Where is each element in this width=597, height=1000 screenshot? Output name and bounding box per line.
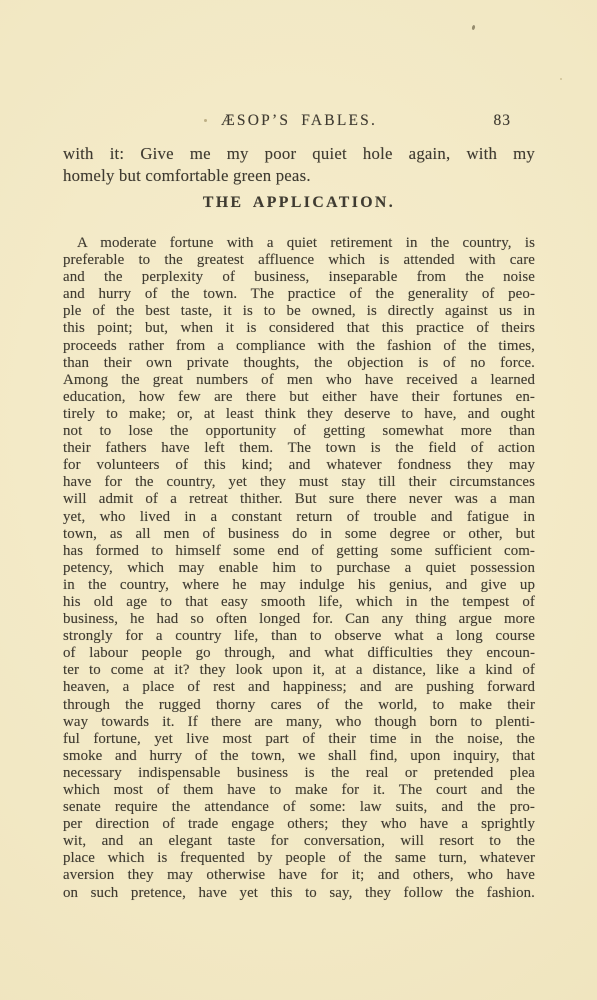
text-line: way towards it. If there are many, who t… — [63, 714, 535, 731]
text-line: ple of the best taste, it is to be owned… — [63, 303, 535, 320]
text-line: for volunteers of this kind; and whateve… — [63, 457, 535, 474]
text-line: this point; but, when it is considered t… — [63, 320, 535, 337]
text-line: yet, who lived in a constant return of t… — [63, 509, 535, 526]
text-line: and the perplexity of business, insepara… — [63, 269, 535, 286]
text-line: in the country, where he may indulge his… — [63, 577, 535, 594]
section-heading: THE APPLICATION. — [63, 193, 535, 213]
page-header: ÆSOP’S FABLES. 83 — [63, 111, 535, 131]
text-line: wit, and an elegant taste for conversati… — [63, 833, 535, 850]
text-line: tirely to make; or, at least think they … — [63, 406, 535, 423]
text-line: Among the great numbers of men who have … — [63, 372, 535, 389]
text-line: has formed to himself some end of gettin… — [63, 543, 535, 560]
text-line: senate require the attendance of some: l… — [63, 799, 535, 816]
text-line: petency, which may enable him to purchas… — [63, 560, 535, 577]
text-line: will admit of a retreat thither. But sur… — [63, 491, 535, 508]
text-line: homely but comfortable green peas. — [63, 165, 535, 187]
paper-speck — [471, 25, 475, 31]
text-line: education, how few are there but either … — [63, 389, 535, 406]
text-line: have for the country, yet they must stay… — [63, 474, 535, 491]
text-line: ter to come at it? they look upon it, at… — [63, 662, 535, 679]
text-line: aversion they may otherwise have for it;… — [63, 867, 535, 884]
text-line: of labour people go through, and what di… — [63, 645, 535, 662]
application-paragraph: A moderate fortune with a quiet retireme… — [63, 235, 535, 902]
text-line: than their own private thoughts, the obj… — [63, 355, 535, 372]
text-line: and hurry of the town. The practice of t… — [63, 286, 535, 303]
text-line: ful fortune, yet live most part of their… — [63, 731, 535, 748]
text-line: which most of them have to make for it. … — [63, 782, 535, 799]
text-line: smoke and hurry of the town, we shall fi… — [63, 748, 535, 765]
text-line: A moderate fortune with a quiet retireme… — [63, 235, 535, 252]
page-number: 83 — [494, 111, 512, 131]
text-line: business, he had so often longed for. Ca… — [63, 611, 535, 628]
text-line: per direction of trade engage others; th… — [63, 816, 535, 833]
text-line: strongly for a country life, than to obs… — [63, 628, 535, 645]
paper-speck — [560, 78, 562, 80]
text-line: preferable to the greatest affluence whi… — [63, 252, 535, 269]
text-line: not to lose the opportunity of getting s… — [63, 423, 535, 440]
text-line: town, as all men of business do in some … — [63, 526, 535, 543]
text-line: their fathers have left them. The town i… — [63, 440, 535, 457]
text-line: his old age to that easy smooth life, wh… — [63, 594, 535, 611]
intro-paragraph: with it: Give me my poor quiet hole agai… — [63, 143, 535, 187]
text-line: heaven, a place of rest and happiness; a… — [63, 679, 535, 696]
text-line: with it: Give me my poor quiet hole agai… — [63, 143, 535, 165]
text-line: on such pretence, have yet this to say, … — [63, 885, 535, 902]
text-line: necessary indispensable business is the … — [63, 765, 535, 782]
text-line: place which is frequented by people of t… — [63, 850, 535, 867]
text-line: through the rugged thorny cares of the w… — [63, 697, 535, 714]
text-line: proceeds rather from a compliance with t… — [63, 338, 535, 355]
running-title: ÆSOP’S FABLES. — [221, 112, 377, 129]
book-page: ÆSOP’S FABLES. 83 with it: Give me my po… — [0, 0, 597, 1000]
paper-speck — [204, 119, 207, 122]
